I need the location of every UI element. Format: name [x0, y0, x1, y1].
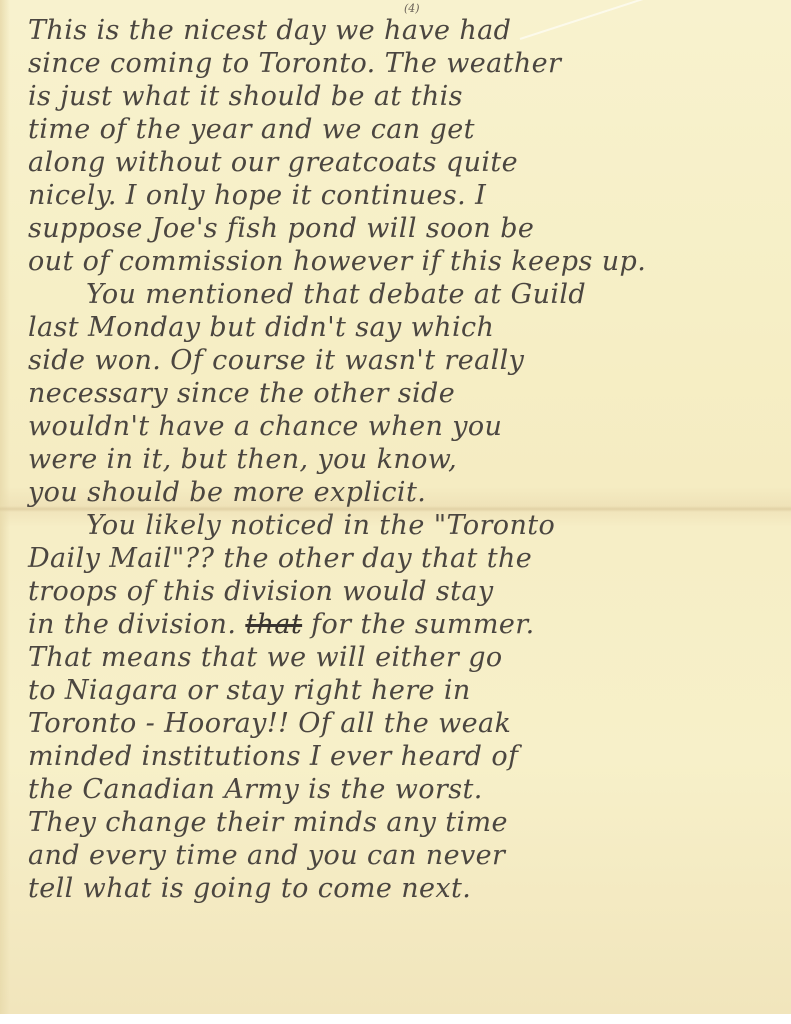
line-text: and every time and you can never — [28, 840, 505, 871]
line-text: They change their minds any time — [28, 807, 508, 838]
line-text: the Canadian Army is the worst. — [28, 774, 483, 805]
letter-line: minded institutions I ever heard of — [28, 740, 788, 773]
letter-line: This is the nicest day we have had — [28, 14, 788, 47]
line-text: to Niagara or stay right here in — [28, 675, 471, 706]
line-text: minded institutions I ever heard of — [28, 741, 518, 772]
line-text: is just what it should be at this — [28, 81, 463, 112]
letter-line: wouldn't have a chance when you — [28, 410, 788, 443]
letter-line: You likely noticed in the "Toronto — [28, 509, 788, 542]
line-text: you should be more explicit. — [28, 477, 426, 508]
line-text: tell what is going to come next. — [28, 873, 471, 904]
line-text: That means that we will either go — [28, 642, 503, 673]
line-text: suppose Joe's fish pond will soon be — [28, 213, 534, 244]
line-text: This is the nicest day we have had — [28, 15, 511, 46]
line-text: since coming to Toronto. The weather — [28, 48, 561, 79]
line-text: Toronto - Hooray!! Of all the weak — [28, 708, 511, 739]
letter-line: and every time and you can never — [28, 839, 788, 872]
line-text: Daily Mail"?? the other day that the — [28, 543, 532, 574]
letter-page: (4) This is the nicest day we have hadsi… — [0, 0, 791, 1014]
letter-line: time of the year and we can get — [28, 113, 788, 146]
letter-line: suppose Joe's fish pond will soon be — [28, 212, 788, 245]
letter-line: the Canadian Army is the worst. — [28, 773, 788, 806]
line-text: along without our greatcoats quite — [28, 147, 518, 178]
letter-line: to Niagara or stay right here in — [28, 674, 788, 707]
letter-line: is just what it should be at this — [28, 80, 788, 113]
letter-line: along without our greatcoats quite — [28, 146, 788, 179]
letter-line: necessary since the other side — [28, 377, 788, 410]
letter-line: you should be more explicit. — [28, 476, 788, 509]
letter-body: This is the nicest day we have hadsince … — [28, 14, 788, 905]
letter-line: Daily Mail"?? the other day that the — [28, 542, 788, 575]
letter-line: out of commission however if this keeps … — [28, 245, 788, 278]
letter-line: That means that we will either go — [28, 641, 788, 674]
line-text: You mentioned that debate at Guild — [86, 279, 586, 310]
line-text: side won. Of course it wasn't really — [28, 345, 524, 376]
letter-line: nicely. I only hope it continues. I — [28, 179, 788, 212]
letter-line: tell what is going to come next. — [28, 872, 788, 905]
letter-line: They change their minds any time — [28, 806, 788, 839]
letter-line: Toronto - Hooray!! Of all the weak — [28, 707, 788, 740]
letter-line: since coming to Toronto. The weather — [28, 47, 788, 80]
line-text-continued: for the summer. — [311, 609, 535, 640]
line-text: last Monday but didn't say which — [28, 312, 494, 343]
line-text: necessary since the other side — [28, 378, 455, 409]
line-text: out of commission however if this keeps … — [28, 246, 646, 277]
line-text: were in it, but then, you know, — [28, 444, 457, 475]
letter-line: were in it, but then, you know, — [28, 443, 788, 476]
letter-line: side won. Of course it wasn't really — [28, 344, 788, 377]
letter-line: last Monday but didn't say which — [28, 311, 788, 344]
line-text: nicely. I only hope it continues. I — [28, 180, 486, 211]
line-text: in the division. — [28, 609, 236, 640]
line-text: troops of this division would stay — [28, 576, 494, 607]
line-text: wouldn't have a chance when you — [28, 411, 502, 442]
struck-through-word: that — [245, 609, 302, 640]
letter-line: in the division. that for the summer. — [28, 608, 788, 641]
letter-line: troops of this division would stay — [28, 575, 788, 608]
letter-line: You mentioned that debate at Guild — [28, 278, 788, 311]
line-text: You likely noticed in the "Toronto — [86, 510, 555, 541]
line-text: time of the year and we can get — [28, 114, 475, 145]
